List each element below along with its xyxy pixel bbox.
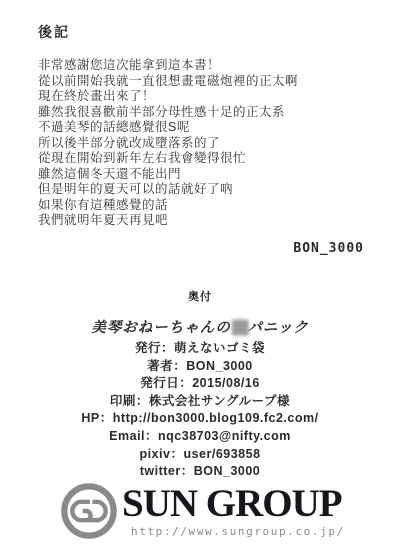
colophon-twitter: twitter：BON_3000 — [0, 463, 400, 481]
author-signature: BON_3000 — [293, 241, 364, 256]
afterword-line: 如果你有這種感覺的話 — [38, 198, 368, 214]
scanned-doujin-page: 後記 非常感謝您這次能拿到這本書！ 從以前開始我就一直很想畫電磁炮裡的正太啊 現… — [0, 0, 400, 558]
colophon-publisher: 発行：萌えないゴミ袋 — [0, 340, 400, 358]
afterword-line: 不過美琴的話總感覺很S呢 — [38, 120, 368, 136]
afterword-line: 但是明年的夏天可以的話就好了吶 — [38, 182, 368, 198]
afterword-text: 非常感謝您這次能拿到這本書！ 從以前開始我就一直很想畫電磁炮裡的正太啊 現在終於… — [38, 58, 368, 229]
colophon-email: Email：nqc38703@nifty.com — [0, 428, 400, 446]
sun-group-emblem-icon — [60, 482, 118, 540]
printer-name: SUN GROUP — [122, 484, 345, 524]
colophon-author: 著者：BON_3000 — [0, 358, 400, 376]
printer-logo: SUN GROUP http://www.sungroup.co.jp/ — [60, 482, 345, 540]
colophon-details: 発行：萌えないゴミ袋 著者：BON_3000 発行日：2015/08/16 印刷… — [0, 340, 400, 481]
printer-logo-text: SUN GROUP http://www.sungroup.co.jp/ — [122, 482, 345, 538]
colophon-printer: 印刷：株式会社サングループ様 — [0, 393, 400, 411]
afterword-heading: 後記 — [38, 22, 70, 42]
afterword-line: 現在終於畫出來了！ — [38, 89, 368, 105]
afterword-line: 雖然我很喜歡前半部分母性感十足的正太系 — [38, 105, 368, 121]
printer-url: http://www.sungroup.co.jp/ — [122, 525, 345, 538]
afterword-line: 非常感謝您這次能拿到這本書！ — [38, 58, 368, 74]
colophon-publish-date: 発行日：2015/08/16 — [0, 375, 400, 393]
afterword-line: 所以後半部分就改成墮落系的了 — [38, 136, 368, 152]
book-title: 美琴おねーちゃんの██パニック — [0, 316, 400, 337]
censored-word: ██ — [232, 321, 247, 335]
colophon-homepage: HP：http://bon3000.blog109.fc2.com/ — [0, 410, 400, 428]
afterword-line: 從現在開始到新年左右我會變得很忙 — [38, 151, 368, 167]
afterword-line: 從以前開始我就一直很想畫電磁炮裡的正太啊 — [38, 74, 368, 90]
colophon-pixiv: pixiv：user/693858 — [0, 446, 400, 464]
book-title-suffix: パニック — [247, 320, 308, 336]
afterword-line: 我們就明年夏天再見吧 — [38, 213, 368, 229]
afterword-line: 雖然這個冬天還不能出門 — [38, 167, 368, 183]
book-title-prefix: 美琴おねーちゃんの — [91, 320, 231, 336]
colophon-heading: 奥付 — [0, 288, 400, 304]
